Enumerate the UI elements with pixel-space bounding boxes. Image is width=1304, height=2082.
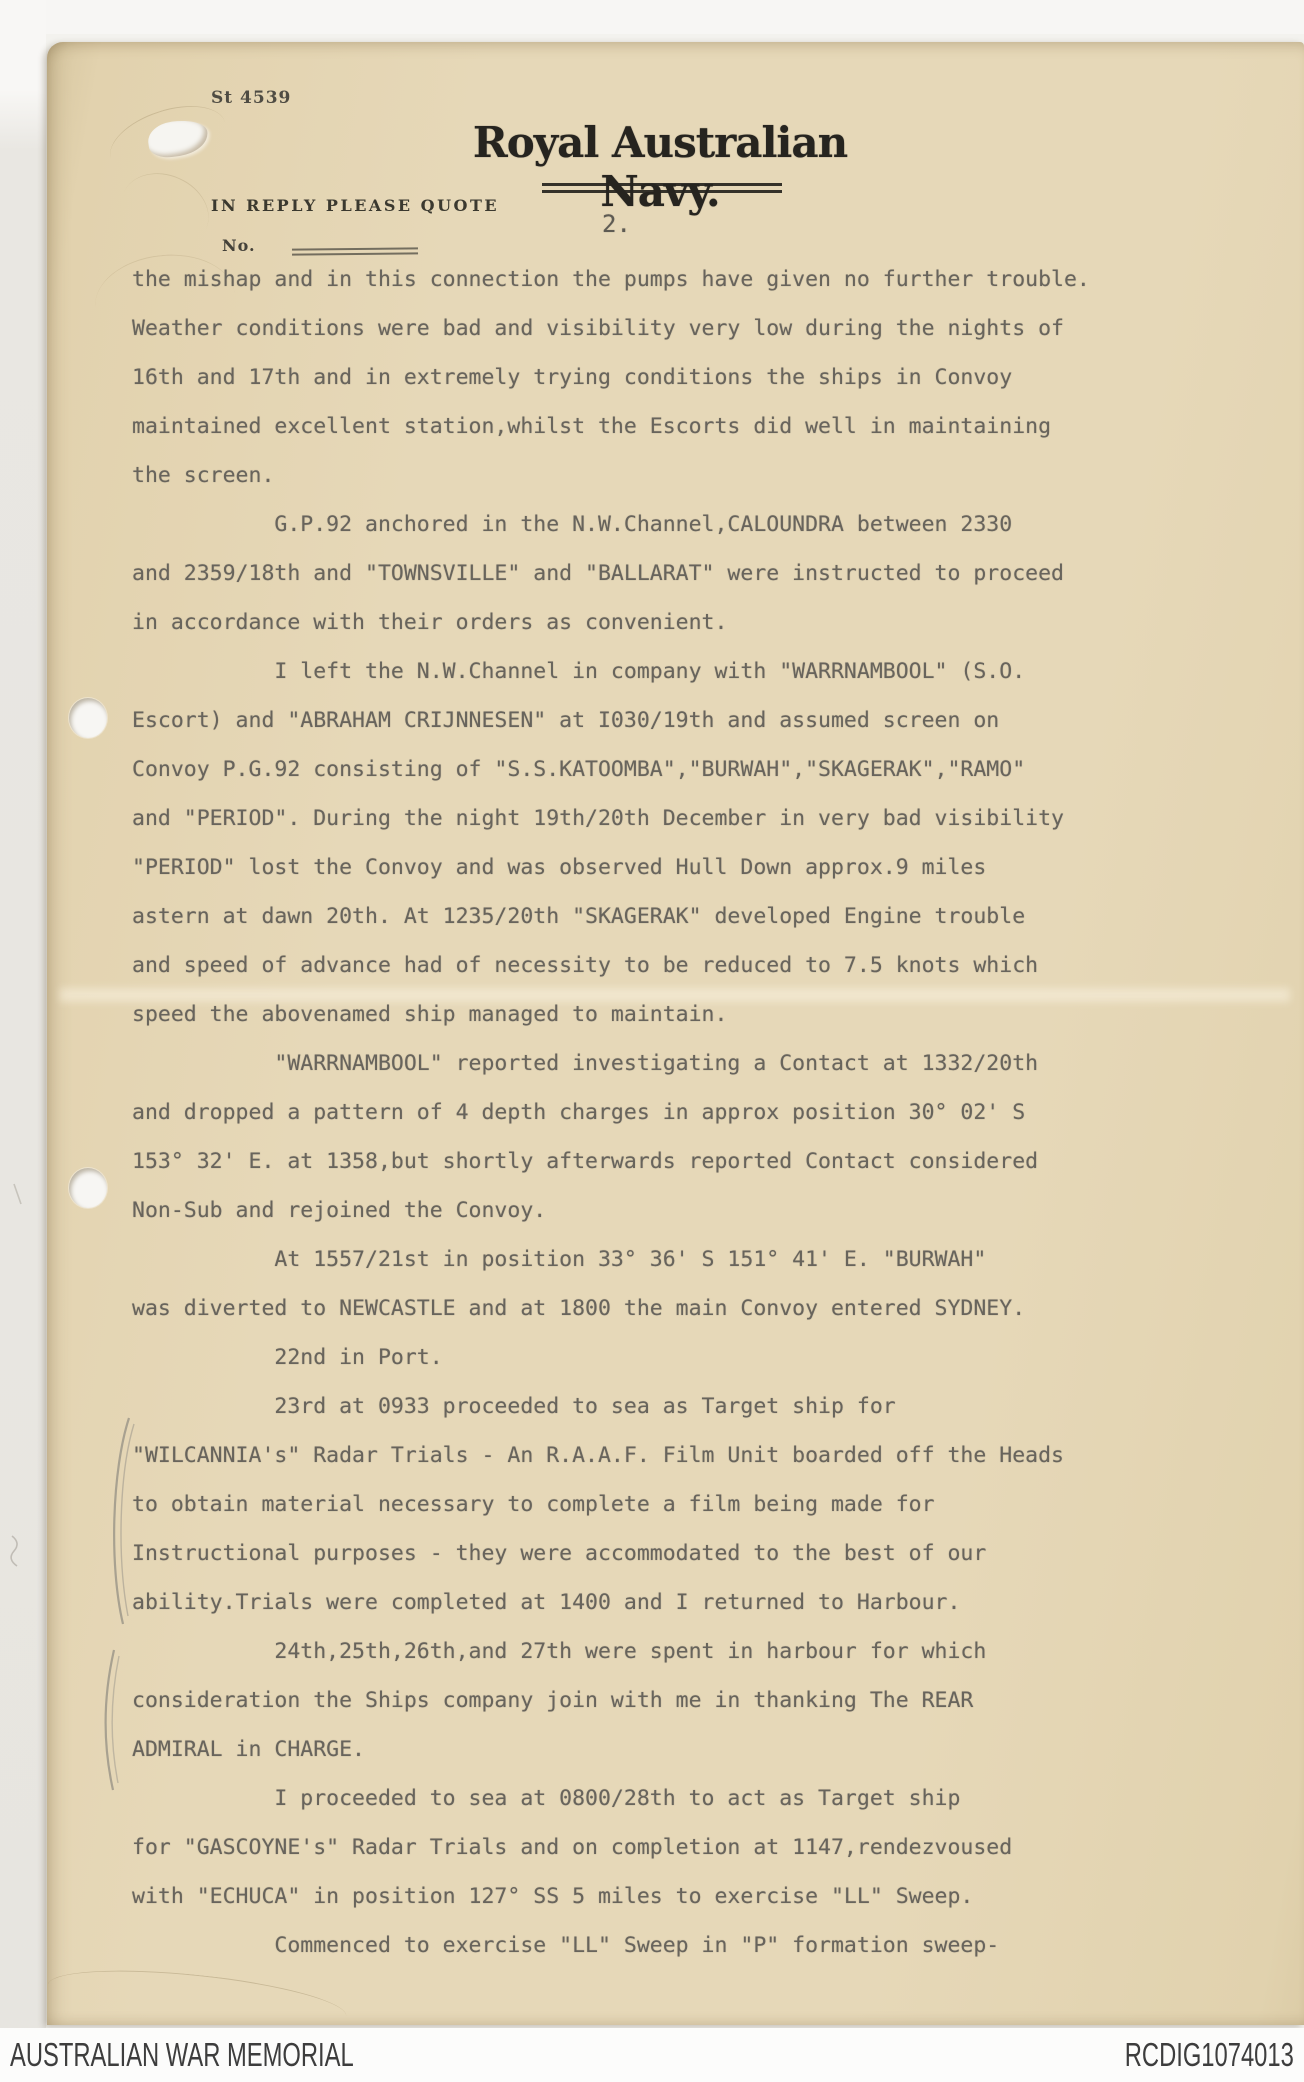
typewritten-line: 22nd in Port. (132, 1333, 1192, 1382)
typewritten-body: the mishap and in this connection the pu… (132, 255, 1192, 1970)
typewritten-line: At 1557/21st in position 33° 36' S 151° … (132, 1235, 1192, 1284)
typewritten-line: 16th and 17th and in extremely trying co… (132, 353, 1192, 402)
typewritten-line: Commenced to exercise "LL" Sweep in "P" … (132, 1921, 1192, 1970)
typewritten-line: Weather conditions were bad and visibili… (132, 304, 1192, 353)
typewritten-line: was diverted to NEWCASTLE and at 1800 th… (132, 1284, 1192, 1333)
archive-name: AUSTRALIAN WAR MEMORIAL (10, 2036, 354, 2074)
typewritten-line: 24th,25th,26th,and 27th were spent in ha… (132, 1627, 1192, 1676)
typewritten-line: to obtain material necessary to complete… (132, 1480, 1192, 1529)
archive-caption-bar: AUSTRALIAN WAR MEMORIAL RCDIG1074013 (0, 2028, 1304, 2082)
typewritten-line: Non-Sub and rejoined the Convoy. (132, 1186, 1192, 1235)
typewritten-line: and dropped a pattern of 4 depth charges… (132, 1088, 1192, 1137)
typewritten-line: "WARRNAMBOOL" reported investigating a C… (132, 1039, 1192, 1088)
reference-no-label: No. (222, 236, 256, 255)
typewritten-line: ability.Trials were completed at 1400 an… (132, 1578, 1192, 1627)
typewritten-line: I left the N.W.Channel in company with "… (132, 647, 1192, 696)
typewritten-line: I proceeded to sea at 0800/28th to act a… (132, 1774, 1192, 1823)
typewritten-line: and speed of advance had of necessity to… (132, 941, 1192, 990)
typewritten-line: 23rd at 0933 proceeded to sea as Target … (132, 1382, 1192, 1431)
scan-background-left (0, 0, 46, 2082)
typewritten-line: consideration the Ships company join wit… (132, 1676, 1192, 1725)
typewritten-line: with "ECHUCA" in position 127° SS 5 mile… (132, 1872, 1192, 1921)
typewritten-line: G.P.92 anchored in the N.W.Channel,CALOU… (132, 500, 1192, 549)
punch-hole (69, 1168, 107, 1208)
form-number-stamp: St 4539 (211, 88, 291, 108)
reply-quote-label: IN REPLY PLEASE QUOTE (211, 196, 499, 215)
typewritten-line: the mishap and in this connection the pu… (132, 255, 1192, 304)
typewritten-line: maintained excellent station,whilst the … (132, 402, 1192, 451)
typewritten-line: the screen. (132, 451, 1192, 500)
typewritten-line: and "PERIOD". During the night 19th/20th… (132, 794, 1192, 843)
typewritten-line: "WILCANNIA's" Radar Trials - An R.A.A.F.… (132, 1431, 1192, 1480)
typewritten-line: in accordance with their orders as conve… (132, 598, 1192, 647)
typewritten-line: and 2359/18th and "TOWNSVILLE" and "BALL… (132, 549, 1192, 598)
typewritten-line: "PERIOD" lost the Convoy and was observe… (132, 843, 1192, 892)
typewritten-line: for "GASCOYNE's" Radar Trials and on com… (132, 1823, 1192, 1872)
typewritten-line: Escort) and "ABRAHAM CRIJNNESEN" at I030… (132, 696, 1192, 745)
page-number: 2. (602, 210, 631, 238)
letterhead-double-rule (542, 183, 782, 193)
typewritten-line: astern at dawn 20th. At 1235/20th "SKAGE… (132, 892, 1192, 941)
typewritten-line: ADMIRAL in CHARGE. (132, 1725, 1192, 1774)
typewritten-line: 153° 32' E. at 1358,but shortly afterwar… (132, 1137, 1192, 1186)
typewritten-line: Instructional purposes - they were accom… (132, 1529, 1192, 1578)
punch-hole (69, 698, 107, 738)
typewritten-line: speed the abovenamed ship managed to mai… (132, 990, 1192, 1039)
scanned-document-page: { "stamp": "St 4539", "letterhead": { "t… (0, 0, 1304, 2082)
archive-record-id: RCDIG1074013 (1125, 2036, 1294, 2074)
typewritten-line: Convoy P.G.92 consisting of "S.S.KATOOMB… (132, 745, 1192, 794)
scan-background-top (0, 0, 1304, 34)
